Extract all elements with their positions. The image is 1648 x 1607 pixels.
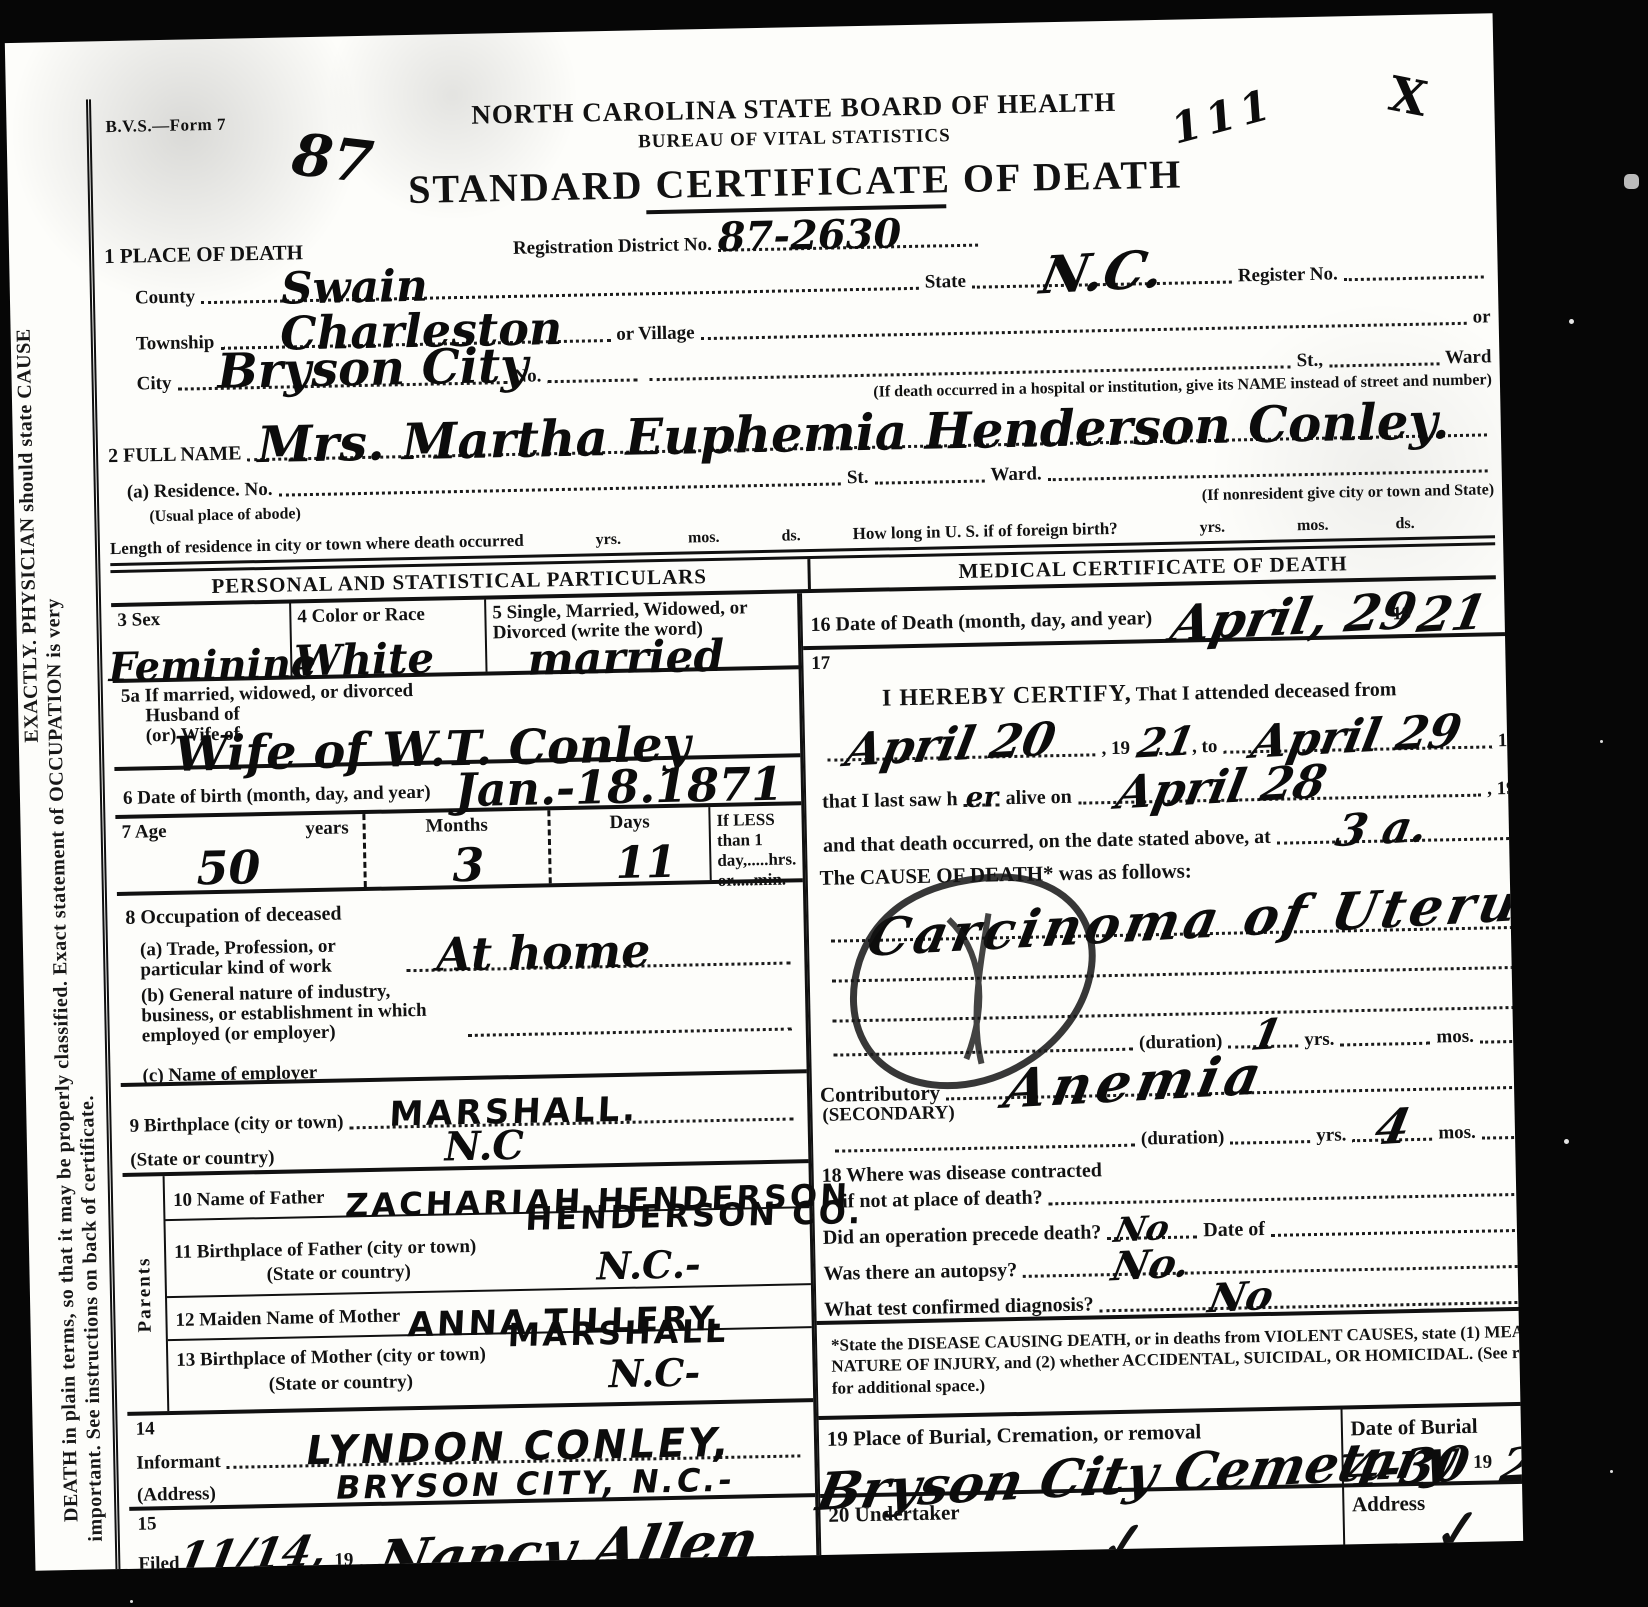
birthplace-value: MARSHALL. — [389, 1096, 639, 1130]
father-birthplace-state-value: N.C.- — [596, 1248, 701, 1282]
street-no-blank — [547, 376, 637, 383]
mother-birthplace-row: 13 Birthplace of Mother (city or town) M… — [168, 1328, 813, 1411]
sex-label: 3 Sex — [117, 609, 160, 631]
occupation-a-label: (a) Trade, Profession, or particular kin… — [140, 935, 401, 980]
registrar-signature: Nancy Allen — [373, 1518, 762, 1571]
place-of-death-label: 1 PLACE OF DEATH — [104, 241, 303, 267]
age-years-label: years — [305, 818, 349, 839]
undertaker-address-checkmark: ✓ — [1434, 1495, 1480, 1566]
duration2-mos-blank: 4 — [1352, 1136, 1432, 1143]
from-year-blank: 21 — [1136, 750, 1186, 756]
us-length-text: How long in U. S. if of foreign birth? — [852, 519, 1117, 544]
race-cell: 4 Color or Race White — [291, 600, 487, 676]
last-saw-date-value: April 28 — [1113, 762, 1329, 813]
registration-district-label: Registration District No. — [513, 235, 712, 259]
us-yrs-label: yrs. — [1200, 519, 1226, 538]
city-label: City — [136, 374, 171, 395]
ward-blank — [1329, 360, 1439, 367]
date-of-death-year-printed: 19 — [1392, 604, 1411, 624]
to-year-hw: 21 — [1521, 717, 1523, 754]
death-occurred-label: and that death occurred, on the date sta… — [823, 827, 1271, 857]
occupation-a-value: At home — [436, 931, 651, 974]
full-name-label: 2 FULL NAME — [108, 443, 242, 467]
age-months-label: Months — [425, 815, 488, 837]
registrar-signature-blank: Nancy Allen — [359, 1553, 802, 1567]
burial-year-hw: 21 — [1497, 1443, 1523, 1486]
parents-group: Parents 10 Name of Father ZACHARIAH HEND… — [123, 1163, 814, 1416]
saw-year-printed: , 19 — [1487, 779, 1516, 800]
mother-birthplace-value: MARSHALL — [507, 1318, 729, 1350]
duration2-mos-label: mos. — [1438, 1123, 1476, 1144]
dob-label: 6 Date of birth (month, day, and year) — [123, 783, 431, 809]
parents-fields: 10 Name of Father ZACHARIAH HENDERSON 11… — [165, 1163, 813, 1411]
duration2-yrs-blank — [1230, 1138, 1310, 1145]
residence-st-label: St. — [847, 468, 869, 488]
certificate-form: B.V.S.—Form 7 NORTH CAROLINA STATE BOARD… — [86, 71, 1515, 1569]
residence-label: (a) Residence. No. — [127, 480, 273, 503]
duration2-lead-blank — [835, 1142, 1135, 1153]
certify-rest-text: That I attended deceased from — [1136, 678, 1397, 705]
marital-cell: 5 Single, Married, Widowed, or Divorced … — [486, 593, 798, 671]
burial-date-label: Date of Burial — [1350, 1408, 1523, 1439]
race-label: 4 Color or Race — [297, 604, 425, 628]
spacer — [807, 536, 847, 542]
township-label: Township — [136, 333, 215, 355]
personal-column: 3 Sex Feminine 4 Color or Race White 5 S… — [111, 593, 820, 1571]
parents-gutter: Parents — [123, 1176, 170, 1412]
cause-footnote: *State the DISEASE CAUSING DEATH, or in … — [817, 1309, 1524, 1420]
burial-year-printed: 19 — [1473, 1453, 1492, 1473]
length-yrs-blank — [530, 541, 590, 547]
length-yrs-label: yrs. — [596, 531, 622, 550]
operation-date-label: Date of — [1203, 1219, 1265, 1241]
age-months-value: 3 — [452, 846, 485, 886]
dob-value: Jan.-18.1871 — [455, 765, 784, 811]
age-days-label: Days — [609, 811, 650, 833]
age-label: 7 Age — [121, 821, 166, 843]
undertaker-checkmark: ✓ — [1101, 1508, 1147, 1571]
contributory-value: Anemia — [1001, 1053, 1270, 1113]
certify-bold-text: I HEREBY CERTIFY, — [882, 681, 1132, 712]
us-mos-blank — [1231, 527, 1291, 533]
medical-column: 16 Date of Death (month, day, and year) … — [800, 577, 1523, 1571]
city-value: Bryson City — [217, 346, 529, 393]
undertaker-row: 20 Undertaker ✓ Address ✓ — [820, 1482, 1523, 1571]
state-label: State — [925, 272, 967, 293]
father-name-label: 10 Name of Father — [173, 1188, 325, 1211]
abode-note: (Usual place of abode) — [149, 505, 301, 526]
certification-block: 17 I HEREBY CERTIFY, That I attended dec… — [803, 634, 1523, 1325]
certificate-paper: EXACTLY. PHYSICIAN should state CAUSE DE… — [5, 13, 1523, 1571]
occupation-b-label: (b) General nature of industry, business… — [141, 980, 462, 1046]
residence-st-blank — [875, 478, 985, 485]
us-ds-blank — [1335, 525, 1390, 531]
duration1-mos-blank — [1341, 1040, 1431, 1047]
handwritten-x-mark: X — [1385, 74, 1429, 121]
attended-to-blank: April 29 — [1223, 744, 1491, 754]
register-no-blank — [1344, 273, 1484, 281]
sex-race-marital-row: 3 Sex Feminine 4 Color or Race White 5 S… — [111, 593, 798, 683]
informant-address-value: BRYSON CITY, N.C.- — [334, 1466, 737, 1501]
death-hour-value: 3 a. — [1333, 808, 1431, 850]
burial-date-cell: Date of Burial 4-30 19 21 — [1342, 1404, 1523, 1483]
form-columns: 3 Sex Feminine 4 Color or Race White 5 S… — [111, 579, 1516, 1571]
saw-year-blank: 21 — [1522, 790, 1523, 796]
birthplace-state-label: (State or country) — [130, 1148, 275, 1171]
father-birthplace-row: 11 Birthplace of Father (city or town) H… — [165, 1208, 810, 1298]
form-number: B.V.S.—Form 7 — [105, 115, 226, 137]
age-months-cell: Months 3 — [365, 810, 551, 887]
handwritten-number-87: 87 — [290, 130, 376, 189]
race-value: White — [294, 641, 434, 679]
length-text: Length of residence in city or town wher… — [110, 531, 524, 559]
to-year-printed: 19 — [1498, 731, 1517, 751]
saw-year-hw: 21 — [1520, 765, 1523, 802]
from-year-printed: , 19 — [1101, 739, 1130, 760]
mother-birthplace-state-value: N.C- — [608, 1356, 700, 1390]
or-village-label: or Village — [616, 323, 695, 345]
ward-label: Ward — [1445, 347, 1492, 368]
duration1-ds-blank — [1480, 1037, 1523, 1044]
autopsy-label: Was there an autopsy? — [823, 1260, 1017, 1285]
sex-cell: 3 Sex Feminine — [111, 603, 292, 679]
mother-name-label: 12 Maiden Name of Mother — [175, 1306, 400, 1330]
burial-place-cell: 19 Place of Burial, Cremation, or remova… — [819, 1410, 1344, 1494]
from-year-hw: 21 — [1134, 724, 1197, 761]
duration2-mos-value: 4 — [1372, 1107, 1414, 1150]
us-yrs-blank — [1124, 529, 1194, 535]
register-no-label: Register No. — [1238, 264, 1338, 286]
married-to-block: 5a If married, widowed, or divorced Husb… — [113, 669, 801, 771]
last-saw-label2: alive on — [1005, 787, 1072, 809]
informant-label: Informant — [136, 1452, 221, 1474]
county-label: County — [135, 287, 196, 308]
last-saw-label1: that I last saw h — [822, 789, 958, 813]
informant-block: 14 Informant LYNDON CONLEY, (Address) BR… — [127, 1402, 815, 1511]
burial-row: 19 Place of Burial, Cremation, or remova… — [819, 1404, 1524, 1498]
city-blank: Bryson City — [178, 379, 508, 391]
attended-from-value: April 20 — [842, 720, 1058, 771]
father-birthplace-state-label: (State or country) — [266, 1262, 411, 1285]
duration2-yrs-label: yrs. — [1316, 1126, 1346, 1147]
undertaker-label: 20 Undertaker — [828, 1492, 1334, 1526]
autopsy-value: No. — [1109, 1246, 1193, 1284]
birthplace-state-value: N.C — [444, 1129, 524, 1165]
contracted-label2: if not at place of death? — [842, 1188, 1043, 1213]
us-mos-label: mos. — [1297, 517, 1329, 536]
state-value: N.C. — [1037, 248, 1167, 299]
length-mos-label: mos. — [688, 529, 720, 548]
village-or-suffix: or — [1472, 307, 1490, 327]
st-label: St., — [1296, 351, 1323, 371]
birthplace-block: 9 Birthplace (city or town) MARSHALL. (S… — [121, 1073, 809, 1177]
length-mos-blank — [627, 540, 682, 546]
age-less-label: If LESS than 1 day,.....hrs. or.....min. — [716, 810, 796, 890]
father-birthplace-label: 11 Birthplace of Father (city or town) — [174, 1237, 477, 1263]
age-years-value: 50 — [196, 848, 261, 888]
county-value: Swain — [281, 267, 429, 307]
last-saw-pronoun: er — [965, 786, 998, 810]
filed-label: Filed — [138, 1554, 180, 1571]
scanned-document-background: EXACTLY. PHYSICIAN should state CAUSE DE… — [0, 0, 1648, 1607]
duration1-mos-label: mos. — [1436, 1027, 1474, 1048]
informant-address-label: (Address) — [137, 1484, 216, 1506]
duration2-ds-blank — [1482, 1133, 1523, 1140]
age-row: 7 Age years 50 Months 3 Days 11 — [115, 805, 802, 896]
undertaker-address-cell: Address ✓ — [1344, 1482, 1524, 1571]
registrar-label: REGISTRAR — [673, 1568, 768, 1571]
age-days-value: 11 — [615, 843, 677, 882]
last-saw-pronoun-blank: er — [964, 801, 1000, 807]
date-of-death-value: April, 29 — [1167, 589, 1419, 645]
length-ds-label: ds. — [781, 527, 800, 545]
filed-block: 15 Filed 11/14, 19 Nancy Allen REGISTRAR — [129, 1497, 816, 1571]
age-days-cell: Days 11 — [550, 807, 711, 883]
date-of-death-year-hw: 21 — [1414, 592, 1489, 637]
duration1-yrs-label: yrs. — [1304, 1030, 1334, 1051]
attended-to-value: April 29 — [1249, 711, 1465, 762]
registration-district-value: 87-2630 — [717, 217, 901, 255]
residence-ward-label: Ward. — [990, 464, 1042, 485]
age-less-cell: If LESS than 1 day,.....hrs. or.....min. — [710, 805, 802, 880]
duration2-label: (duration) — [1141, 1128, 1225, 1150]
to-label: , to — [1192, 737, 1218, 757]
occupation-block: 8 Occupation of deceased (a) Trade, Prof… — [117, 882, 807, 1087]
age-years-cell: 7 Age years 50 — [115, 814, 366, 892]
undertaker-cell: 20 Undertaker ✓ — [820, 1488, 1345, 1571]
mother-birthplace-label: 13 Birthplace of Mother (city or town) — [176, 1345, 486, 1371]
date-of-death-label: 16 Date of Death (month, day, and year) — [810, 608, 1152, 636]
filed-year-printed: 19 — [334, 1550, 353, 1570]
length-ds-blank — [726, 538, 776, 544]
parents-vertical-label: Parents — [133, 1256, 157, 1332]
form-bottom-border — [131, 1568, 1516, 1571]
us-ds-label: ds. — [1395, 515, 1414, 533]
mother-birthplace-state-label: (State or country) — [269, 1372, 414, 1395]
death-hour-blank: 3 a. — [1277, 834, 1523, 845]
filed-date-value: 11/14, — [175, 1533, 330, 1571]
